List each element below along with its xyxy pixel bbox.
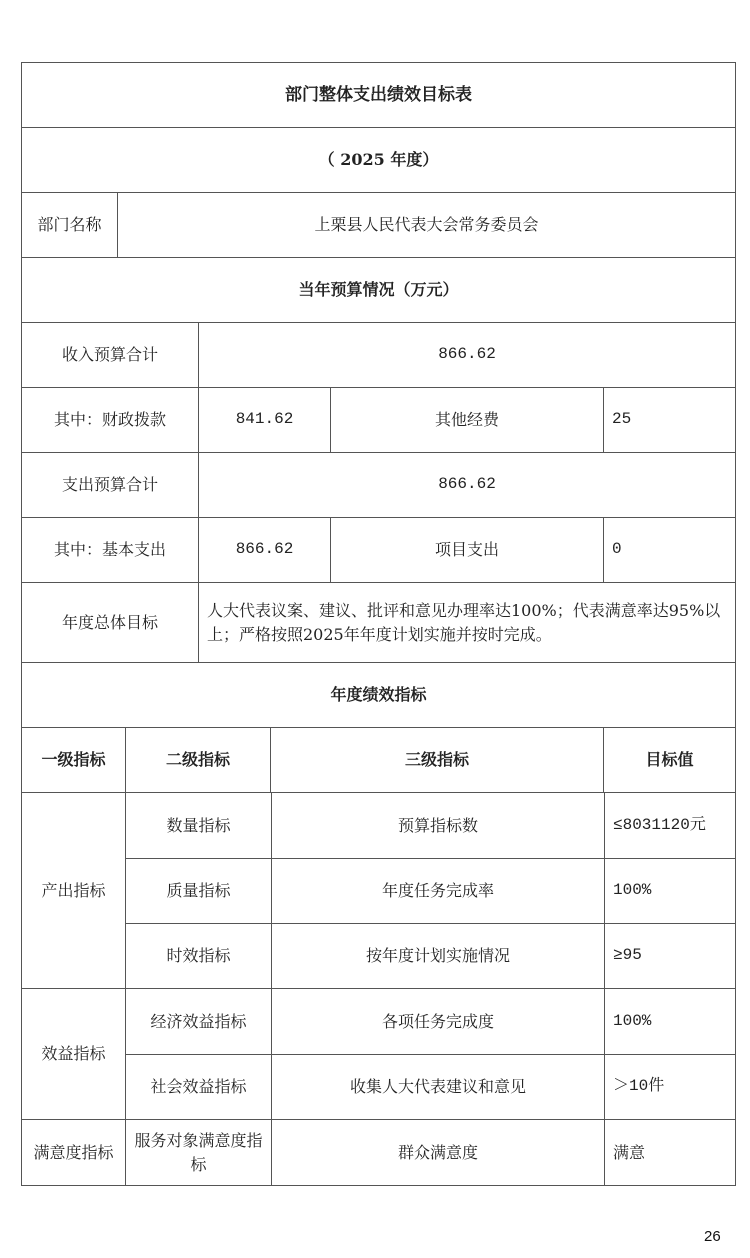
level2-cell: 时效指标 — [126, 924, 271, 988]
title-row: 部门整体支出绩效目标表 — [22, 62, 735, 127]
basic-expense-label: 其中：基本支出 — [22, 518, 198, 582]
income-split-row: 其中：财政拨款 841.62 其他经费 25 — [22, 387, 735, 452]
annual-goal-row: 年度总体目标 人大代表议案、建议、批评和意见办理率达100%；代表满意率达95%… — [22, 582, 735, 662]
indicators-header-row: 一级指标 二级指标 三级指标 目标值 — [22, 727, 735, 792]
expense-total-label: 支出预算合计 — [22, 453, 198, 517]
level3-cell: 预算指标数 — [271, 793, 604, 858]
target-cell: ≤8031120元 — [604, 793, 735, 858]
table-row: 数量指标 预算指标数 ≤8031120元 — [126, 793, 735, 858]
level3-cell: 收集人大代表建议和意见 — [271, 1055, 604, 1119]
performance-target-table: 部门整体支出绩效目标表 （ 2025 年度） 部门名称 上栗县人民代表大会常务委… — [21, 62, 736, 1186]
target-cell: ＞10件 — [604, 1055, 735, 1119]
level2-cell: 服务对象满意度指标 — [126, 1120, 271, 1185]
indicator-group-output: 产出指标 数量指标 预算指标数 ≤8031120元 质量指标 年度任务完成率 1… — [22, 792, 735, 988]
level2-cell: 经济效益指标 — [126, 989, 271, 1054]
year-row: （ 2025 年度） — [22, 127, 735, 192]
income-total-row: 收入预算合计 866.62 — [22, 322, 735, 387]
level3-cell: 群众满意度 — [271, 1120, 604, 1185]
fiscal-allocation-label: 其中：财政拨款 — [22, 388, 198, 452]
level1-output: 产出指标 — [22, 793, 125, 988]
annual-goal-label: 年度总体目标 — [22, 583, 198, 662]
department-row: 部门名称 上栗县人民代表大会常务委员会 — [22, 192, 735, 257]
department-label: 部门名称 — [22, 193, 117, 257]
department-value: 上栗县人民代表大会常务委员会 — [117, 193, 735, 257]
project-expense-label: 项目支出 — [330, 518, 603, 582]
target-cell: 100% — [604, 989, 735, 1054]
indicators-heading: 年度绩效指标 — [22, 663, 735, 727]
level2-cell: 社会效益指标 — [126, 1055, 271, 1119]
income-total-label: 收入预算合计 — [22, 323, 198, 387]
target-cell: 100% — [604, 859, 735, 923]
level1-satisfaction: 满意度指标 — [22, 1120, 125, 1185]
expense-total-value: 866.62 — [198, 453, 735, 517]
header-target: 目标值 — [603, 728, 735, 792]
basic-expense-value: 866.62 — [198, 518, 330, 582]
other-funds-label: 其他经费 — [330, 388, 603, 452]
budget-heading-row: 当年预算情况（万元） — [22, 257, 735, 322]
table-title: 部门整体支出绩效目标表 — [22, 63, 735, 127]
budget-heading: 当年预算情况（万元） — [22, 258, 735, 322]
project-expense-value: 0 — [603, 518, 735, 582]
fiscal-allocation-value: 841.62 — [198, 388, 330, 452]
table-row: 时效指标 按年度计划实施情况 ≥95 — [126, 923, 735, 988]
level1-benefit: 效益指标 — [22, 989, 125, 1119]
indicators-heading-row: 年度绩效指标 — [22, 662, 735, 727]
level2-cell: 质量指标 — [126, 859, 271, 923]
year-label: （ 2025 年度） — [22, 128, 735, 192]
level3-cell: 按年度计划实施情况 — [271, 924, 604, 988]
indicator-group-satisfaction: 满意度指标 服务对象满意度指标 群众满意度 满意 — [22, 1119, 735, 1185]
table-row: 社会效益指标 收集人大代表建议和意见 ＞10件 — [126, 1054, 735, 1119]
header-level1: 一级指标 — [22, 728, 125, 792]
target-cell: 满意 — [604, 1120, 735, 1185]
header-level3: 三级指标 — [270, 728, 603, 792]
level3-cell: 各项任务完成度 — [271, 989, 604, 1054]
indicator-group-benefit: 效益指标 经济效益指标 各项任务完成度 100% 社会效益指标 收集人大代表建议… — [22, 988, 735, 1119]
target-cell: ≥95 — [604, 924, 735, 988]
other-funds-value: 25 — [603, 388, 735, 452]
table-row: 服务对象满意度指标 群众满意度 满意 — [126, 1120, 735, 1185]
page-number: 26 — [704, 1228, 721, 1245]
expense-split-row: 其中：基本支出 866.62 项目支出 0 — [22, 517, 735, 582]
level2-cell: 数量指标 — [126, 793, 271, 858]
table-row: 经济效益指标 各项任务完成度 100% — [126, 989, 735, 1054]
table-row: 质量指标 年度任务完成率 100% — [126, 858, 735, 923]
expense-total-row: 支出预算合计 866.62 — [22, 452, 735, 517]
header-level2: 二级指标 — [125, 728, 270, 792]
income-total-value: 866.62 — [198, 323, 735, 387]
level3-cell: 年度任务完成率 — [271, 859, 604, 923]
annual-goal-value: 人大代表议案、建议、批评和意见办理率达100%；代表满意率达95%以上；严格按照… — [198, 583, 735, 662]
